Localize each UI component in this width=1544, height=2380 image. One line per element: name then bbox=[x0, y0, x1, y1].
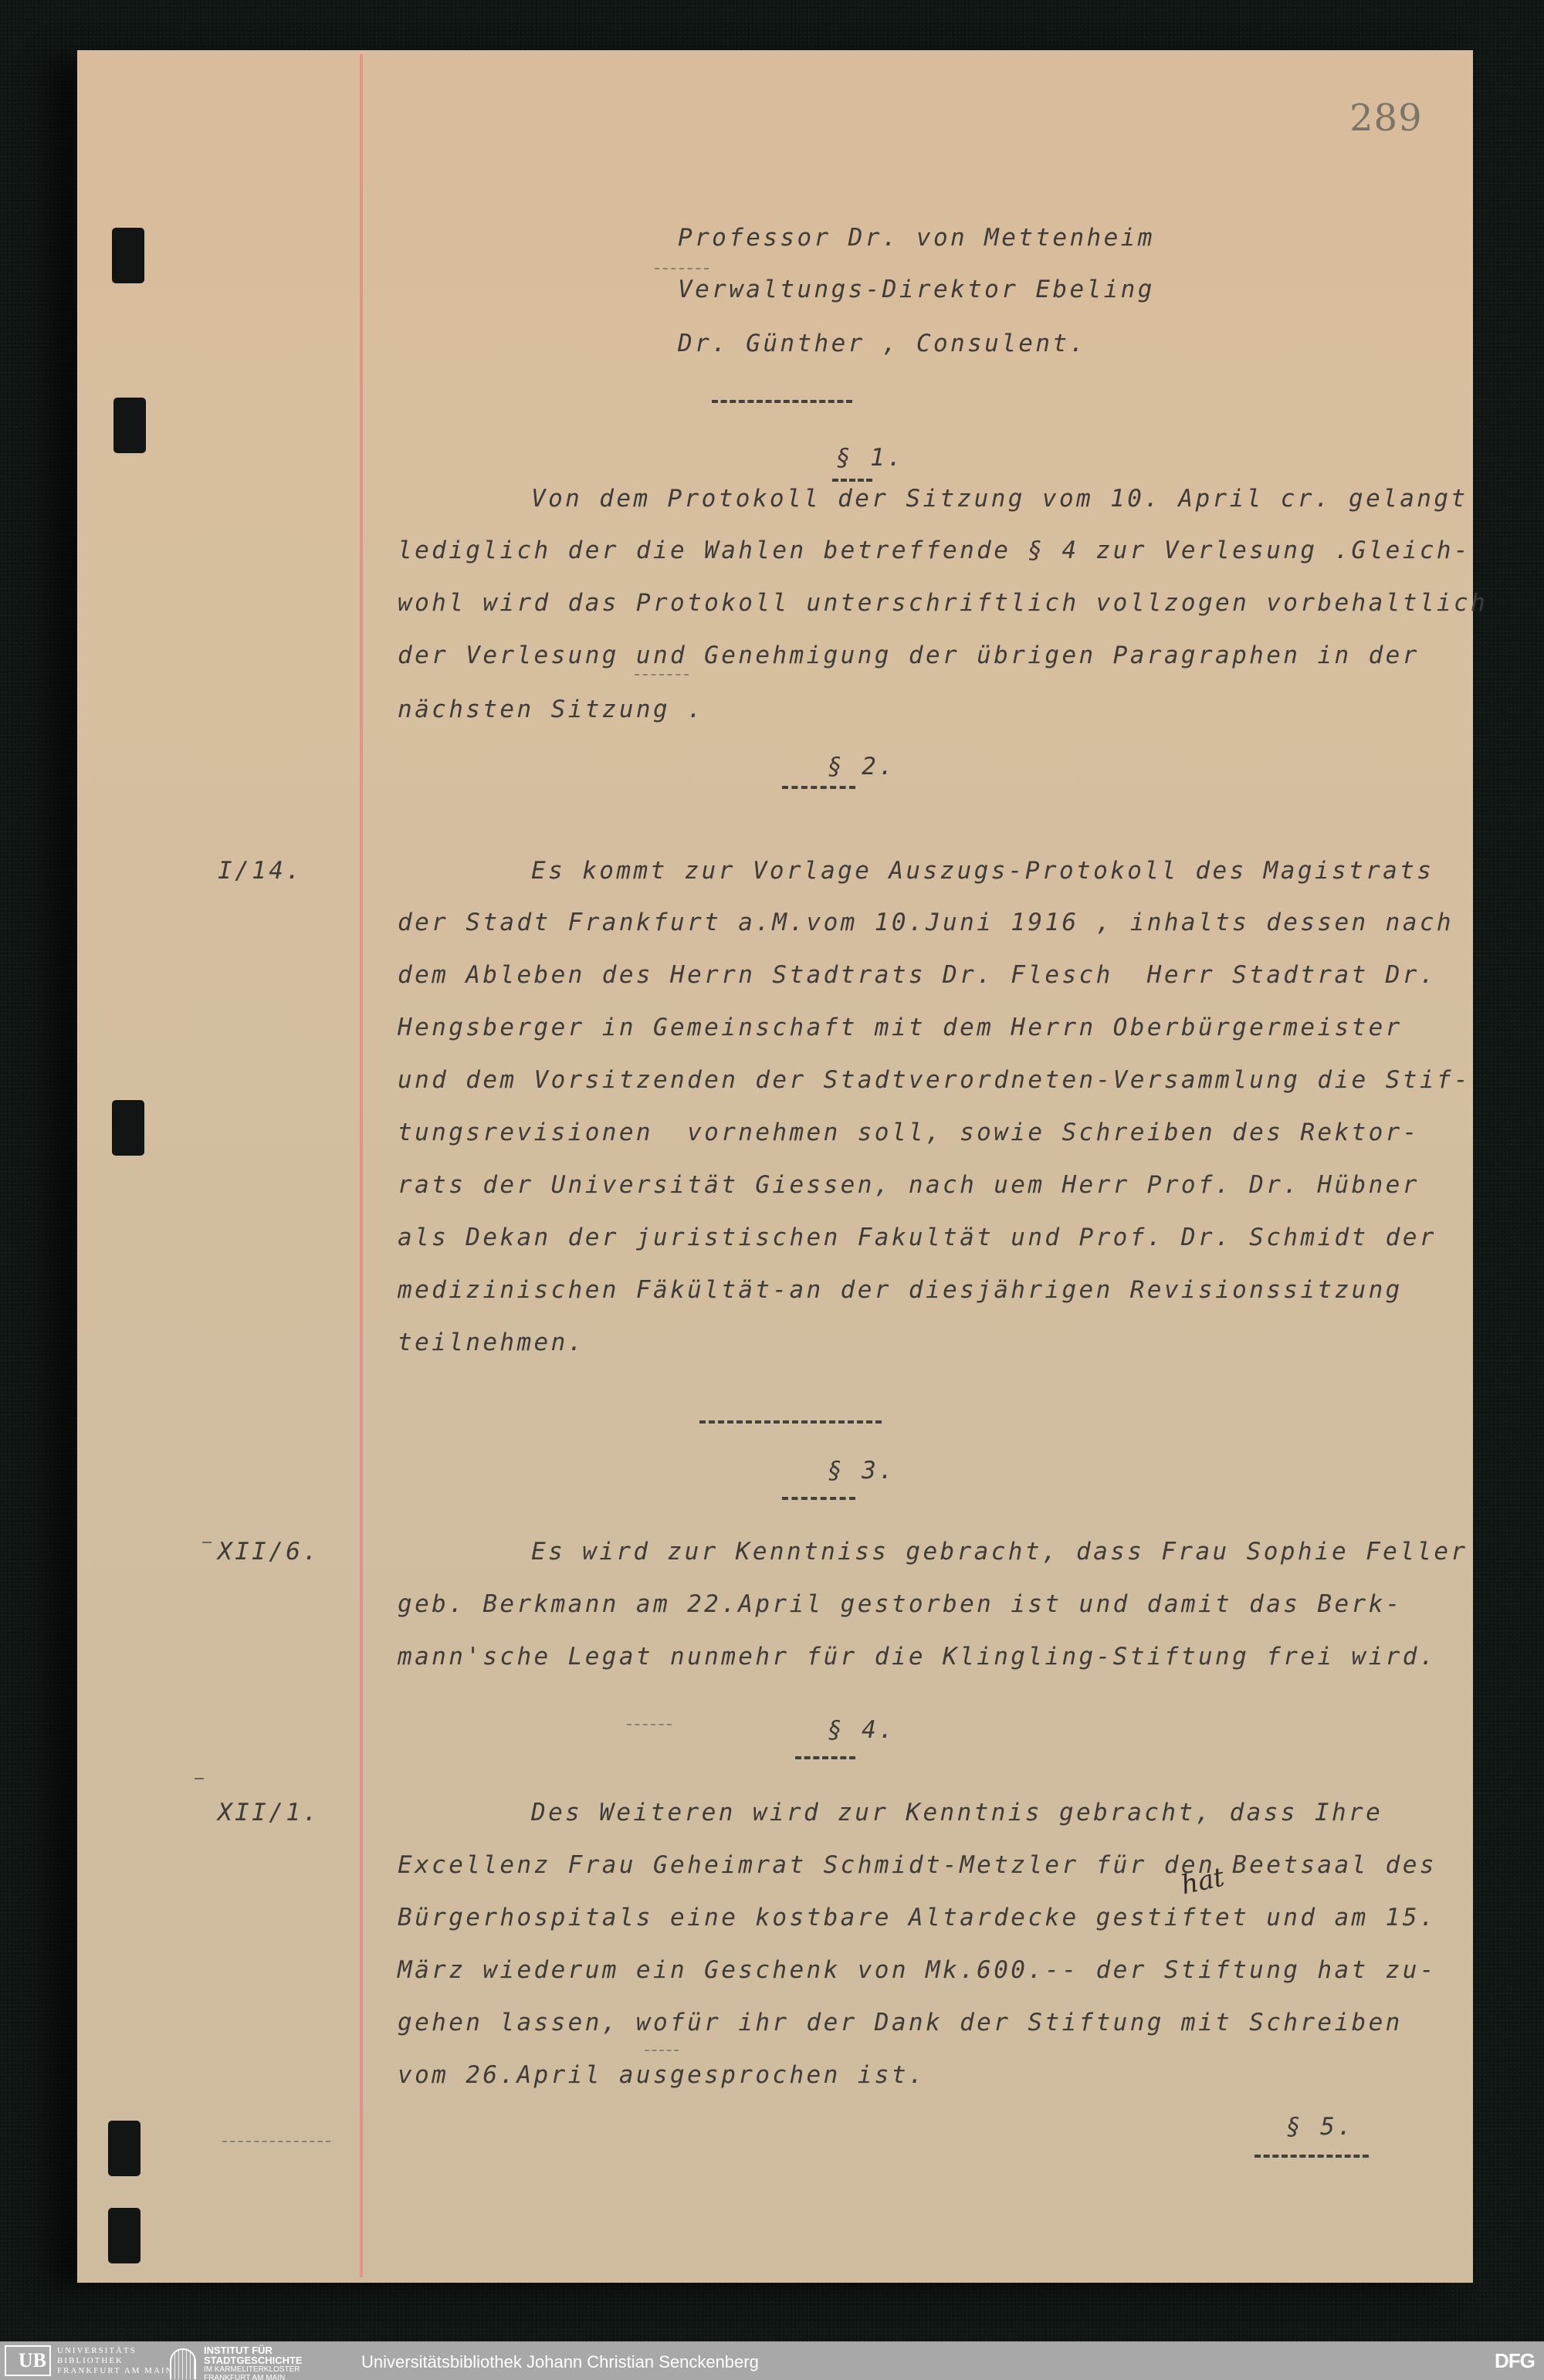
margin-rule bbox=[360, 54, 363, 2277]
separator-rule bbox=[712, 400, 852, 403]
body-line: gehen lassen, wofür ihr der Dank der Sti… bbox=[398, 2009, 1403, 2036]
body-line: vom 26.April ausgesprochen ist. bbox=[398, 2061, 926, 2089]
isg-logo-text: INSTITUT FÜR STADTGESCHICHTE IM KARMELIT… bbox=[204, 2345, 303, 2380]
body-line: nächsten Sitzung . bbox=[398, 696, 704, 723]
body-line: Bürgerhospitals eine kostbare Altardecke… bbox=[398, 1904, 1437, 1931]
footer-bar: UB UNIVERSITÄTS BIBLIOTHEK FRANKFURT AM … bbox=[0, 2341, 1544, 2380]
body-line: der Stadt Frankfurt a.M.vom 10.Juni 1916… bbox=[398, 909, 1454, 936]
section-heading: § 2. bbox=[828, 753, 896, 780]
body-line: wohl wird das Protokoll unterschriftlich… bbox=[398, 589, 1488, 617]
heading-underline bbox=[782, 786, 855, 789]
separator-rule bbox=[699, 1420, 882, 1424]
margin-reference: I/14. bbox=[218, 857, 303, 885]
body-line: tungsrevisionen vornehmen soll, sowie Sc… bbox=[398, 1119, 1420, 1146]
body-line: lediglich der die Wahlen betreffende § 4… bbox=[398, 537, 1471, 564]
heading-underline bbox=[782, 1497, 855, 1500]
body-line: Hengsberger in Gemeinschaft mit dem Herr… bbox=[398, 1014, 1403, 1041]
credit-text: Universitätsbibliothek Johann Christian … bbox=[361, 2352, 759, 2372]
body-line: der Verlesung und Genehmigung der übrige… bbox=[398, 642, 1420, 669]
body-line: Excellenz Frau Geheimrat Schmidt-Metzler… bbox=[398, 1851, 1437, 1879]
punch-hole bbox=[113, 398, 146, 453]
margin-tick bbox=[195, 1778, 204, 1779]
body-line: dem Ableben des Herrn Stadtrats Dr. Fles… bbox=[398, 961, 1437, 989]
ub-logo-mark: UB bbox=[5, 2345, 51, 2376]
section-heading: § 3. bbox=[828, 1457, 896, 1485]
underline-mark bbox=[635, 674, 689, 675]
body-line: März wiederum ein Geschenk von Mk.600.--… bbox=[398, 1956, 1437, 1984]
punch-hole bbox=[108, 2208, 141, 2263]
underline-mark bbox=[627, 1724, 672, 1725]
ub-logo-text: UNIVERSITÄTS BIBLIOTHEK FRANKFURT AM MAI… bbox=[57, 2346, 174, 2376]
margin-tick bbox=[202, 1542, 212, 1543]
heading-underline bbox=[795, 1756, 855, 1759]
heading-underline bbox=[1254, 2155, 1369, 2158]
section-heading: § 5. bbox=[1286, 2113, 1354, 2141]
page-number: 289 bbox=[1349, 96, 1423, 140]
body-line: geb. Berkmann am 22.April gestorben ist … bbox=[398, 1590, 1403, 1618]
section-heading: § 4. bbox=[828, 1716, 896, 1744]
attendee-line: Verwaltungs-Direktor Ebeling bbox=[678, 276, 1155, 303]
section-heading: § 1. bbox=[836, 444, 904, 472]
underline-mark bbox=[655, 268, 709, 269]
document-page: 289 Professor Dr. von Mettenheim Verwalt… bbox=[77, 50, 1473, 2283]
underline-mark bbox=[645, 2050, 679, 2051]
body-line: rats der Universität Giessen, nach uem H… bbox=[398, 1171, 1420, 1199]
heading-underline bbox=[832, 479, 872, 482]
body-line: mann'sche Legat nunmehr für die Klinglin… bbox=[398, 1643, 1437, 1671]
dfg-logo[interactable]: DFG bbox=[1495, 2349, 1535, 2373]
body-line: Es kommt zur Vorlage Auszugs-Protokoll d… bbox=[531, 857, 1434, 885]
attendee-line: Professor Dr. von Mettenheim bbox=[678, 224, 1155, 252]
arch-icon bbox=[170, 2348, 196, 2379]
body-line: medizinischen Fäkültät-an der diesjährig… bbox=[398, 1276, 1403, 1304]
isg-logo[interactable]: INSTITUT FÜR STADTGESCHICHTE IM KARMELIT… bbox=[170, 2345, 303, 2380]
body-line: Des Weiteren wird zur Kenntnis gebracht,… bbox=[531, 1799, 1383, 1826]
ub-logo[interactable]: UB UNIVERSITÄTS BIBLIOTHEK FRANKFURT AM … bbox=[5, 2345, 174, 2376]
body-line: und dem Vorsitzenden der Stadtverordnete… bbox=[398, 1066, 1471, 1094]
attendee-line: Dr. Günther , Consulent. bbox=[678, 330, 1087, 357]
punch-hole bbox=[112, 1100, 144, 1156]
punch-hole bbox=[108, 2121, 141, 2176]
body-line: Es wird zur Kenntniss gebracht, dass Fra… bbox=[531, 1538, 1468, 1566]
margin-reference: XII/6. bbox=[218, 1538, 320, 1566]
body-line: teilnehmen. bbox=[398, 1329, 585, 1356]
margin-rule-mark bbox=[222, 2141, 330, 2142]
body-line: als Dekan der juristischen Fakultät und … bbox=[398, 1224, 1437, 1251]
margin-reference: XII/1. bbox=[218, 1799, 320, 1826]
body-line: Von dem Protokoll der Sitzung vom 10. Ap… bbox=[531, 485, 1468, 513]
punch-hole bbox=[112, 228, 144, 283]
